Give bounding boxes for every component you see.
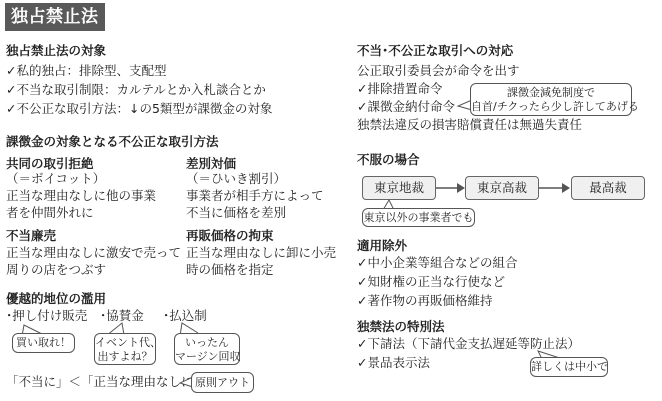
court-tokyo-high: 東京高裁 [465, 176, 539, 200]
bubble-leniency: 課徴金減免制度で 自首/チクったら少し許してあげる [470, 83, 632, 116]
methods-heading: 課徴金の対象となる不公正な取引方法 [6, 132, 219, 150]
bubble-line: イベント代、 [95, 336, 155, 350]
bubble-line: マージン回収 [175, 350, 239, 364]
exemptions-heading: 適用除外 [357, 236, 407, 254]
dumping-title: 不当廉売 [6, 226, 56, 244]
discrimination-desc: 不当に価格を差別 [186, 203, 286, 222]
court-supreme: 最高裁 [571, 176, 645, 200]
special-law-item: ✓景品表示法 [357, 353, 430, 372]
dumping-desc: 周りの店をつぶす [6, 260, 106, 279]
response-heading: 不当･不公正な取引への対応 [357, 41, 513, 59]
resale-desc: 時の価格を指定 [186, 260, 274, 279]
bubble-generally-out: 原則アウト [191, 372, 254, 393]
bubble-sponsorship: イベント代、 出すよね？ [94, 333, 156, 365]
response-line: 独禁法違反の損害賠償責任は無過失責任 [357, 115, 582, 134]
bubble-line: いったん [175, 336, 239, 350]
appeal-heading: 不服の場合 [357, 150, 420, 168]
bubble-outside-tokyo: 東京以外の事業者でも [362, 208, 475, 227]
resale-title: 再販価格の拘束 [186, 226, 274, 244]
arrow-right-icon [539, 181, 571, 195]
exemption-item: ✓著作物の再販価格維持 [357, 291, 492, 310]
scope-item: ✓不当な取引制限：カルテルとか入札談合とか [6, 80, 266, 99]
page-title: 独占禁止法 [5, 3, 105, 31]
bubble-buy-it: 買い取れ！ [12, 333, 75, 353]
bubble-see-sme: 詳しくは中小で [530, 357, 608, 377]
scope-item: ✓私的独占：排除型、支配型 [6, 61, 166, 80]
response-line: 公正取引委員会が命令を出す [357, 61, 520, 80]
bubble-payment: いったん マージン回収 [174, 333, 240, 365]
court-tokyo-district: 東京地裁 [362, 176, 436, 200]
scope-item: ✓不公正な取引方法：↓の5類型が課徴金の対象 [6, 99, 272, 118]
abuse-heading: 優越的地位の濫用 [6, 289, 106, 307]
exemption-item: ✓知財権の正当な行使など [357, 272, 505, 291]
bubble-line: 課徴金減免制度で [471, 86, 631, 100]
bubble-line: 出すよね？ [95, 350, 155, 364]
bubble-line: 自首/チクったら少し許してあげる [471, 100, 631, 114]
arrow-right-icon [436, 181, 466, 195]
comparison-text: 「不当に」＜「正当な理由なしに」 [6, 372, 206, 391]
scope-heading: 独占禁止法の対象 [6, 41, 106, 59]
response-line: ✓課徴金納付命令 [357, 97, 455, 116]
response-line: ✓排除措置命令 [357, 79, 442, 98]
boycott-desc: 者を仲間外れに [6, 203, 94, 222]
special-laws-heading: 独禁法の特別法 [357, 317, 445, 335]
exemption-item: ✓中小企業等組合などの組合 [357, 253, 517, 272]
